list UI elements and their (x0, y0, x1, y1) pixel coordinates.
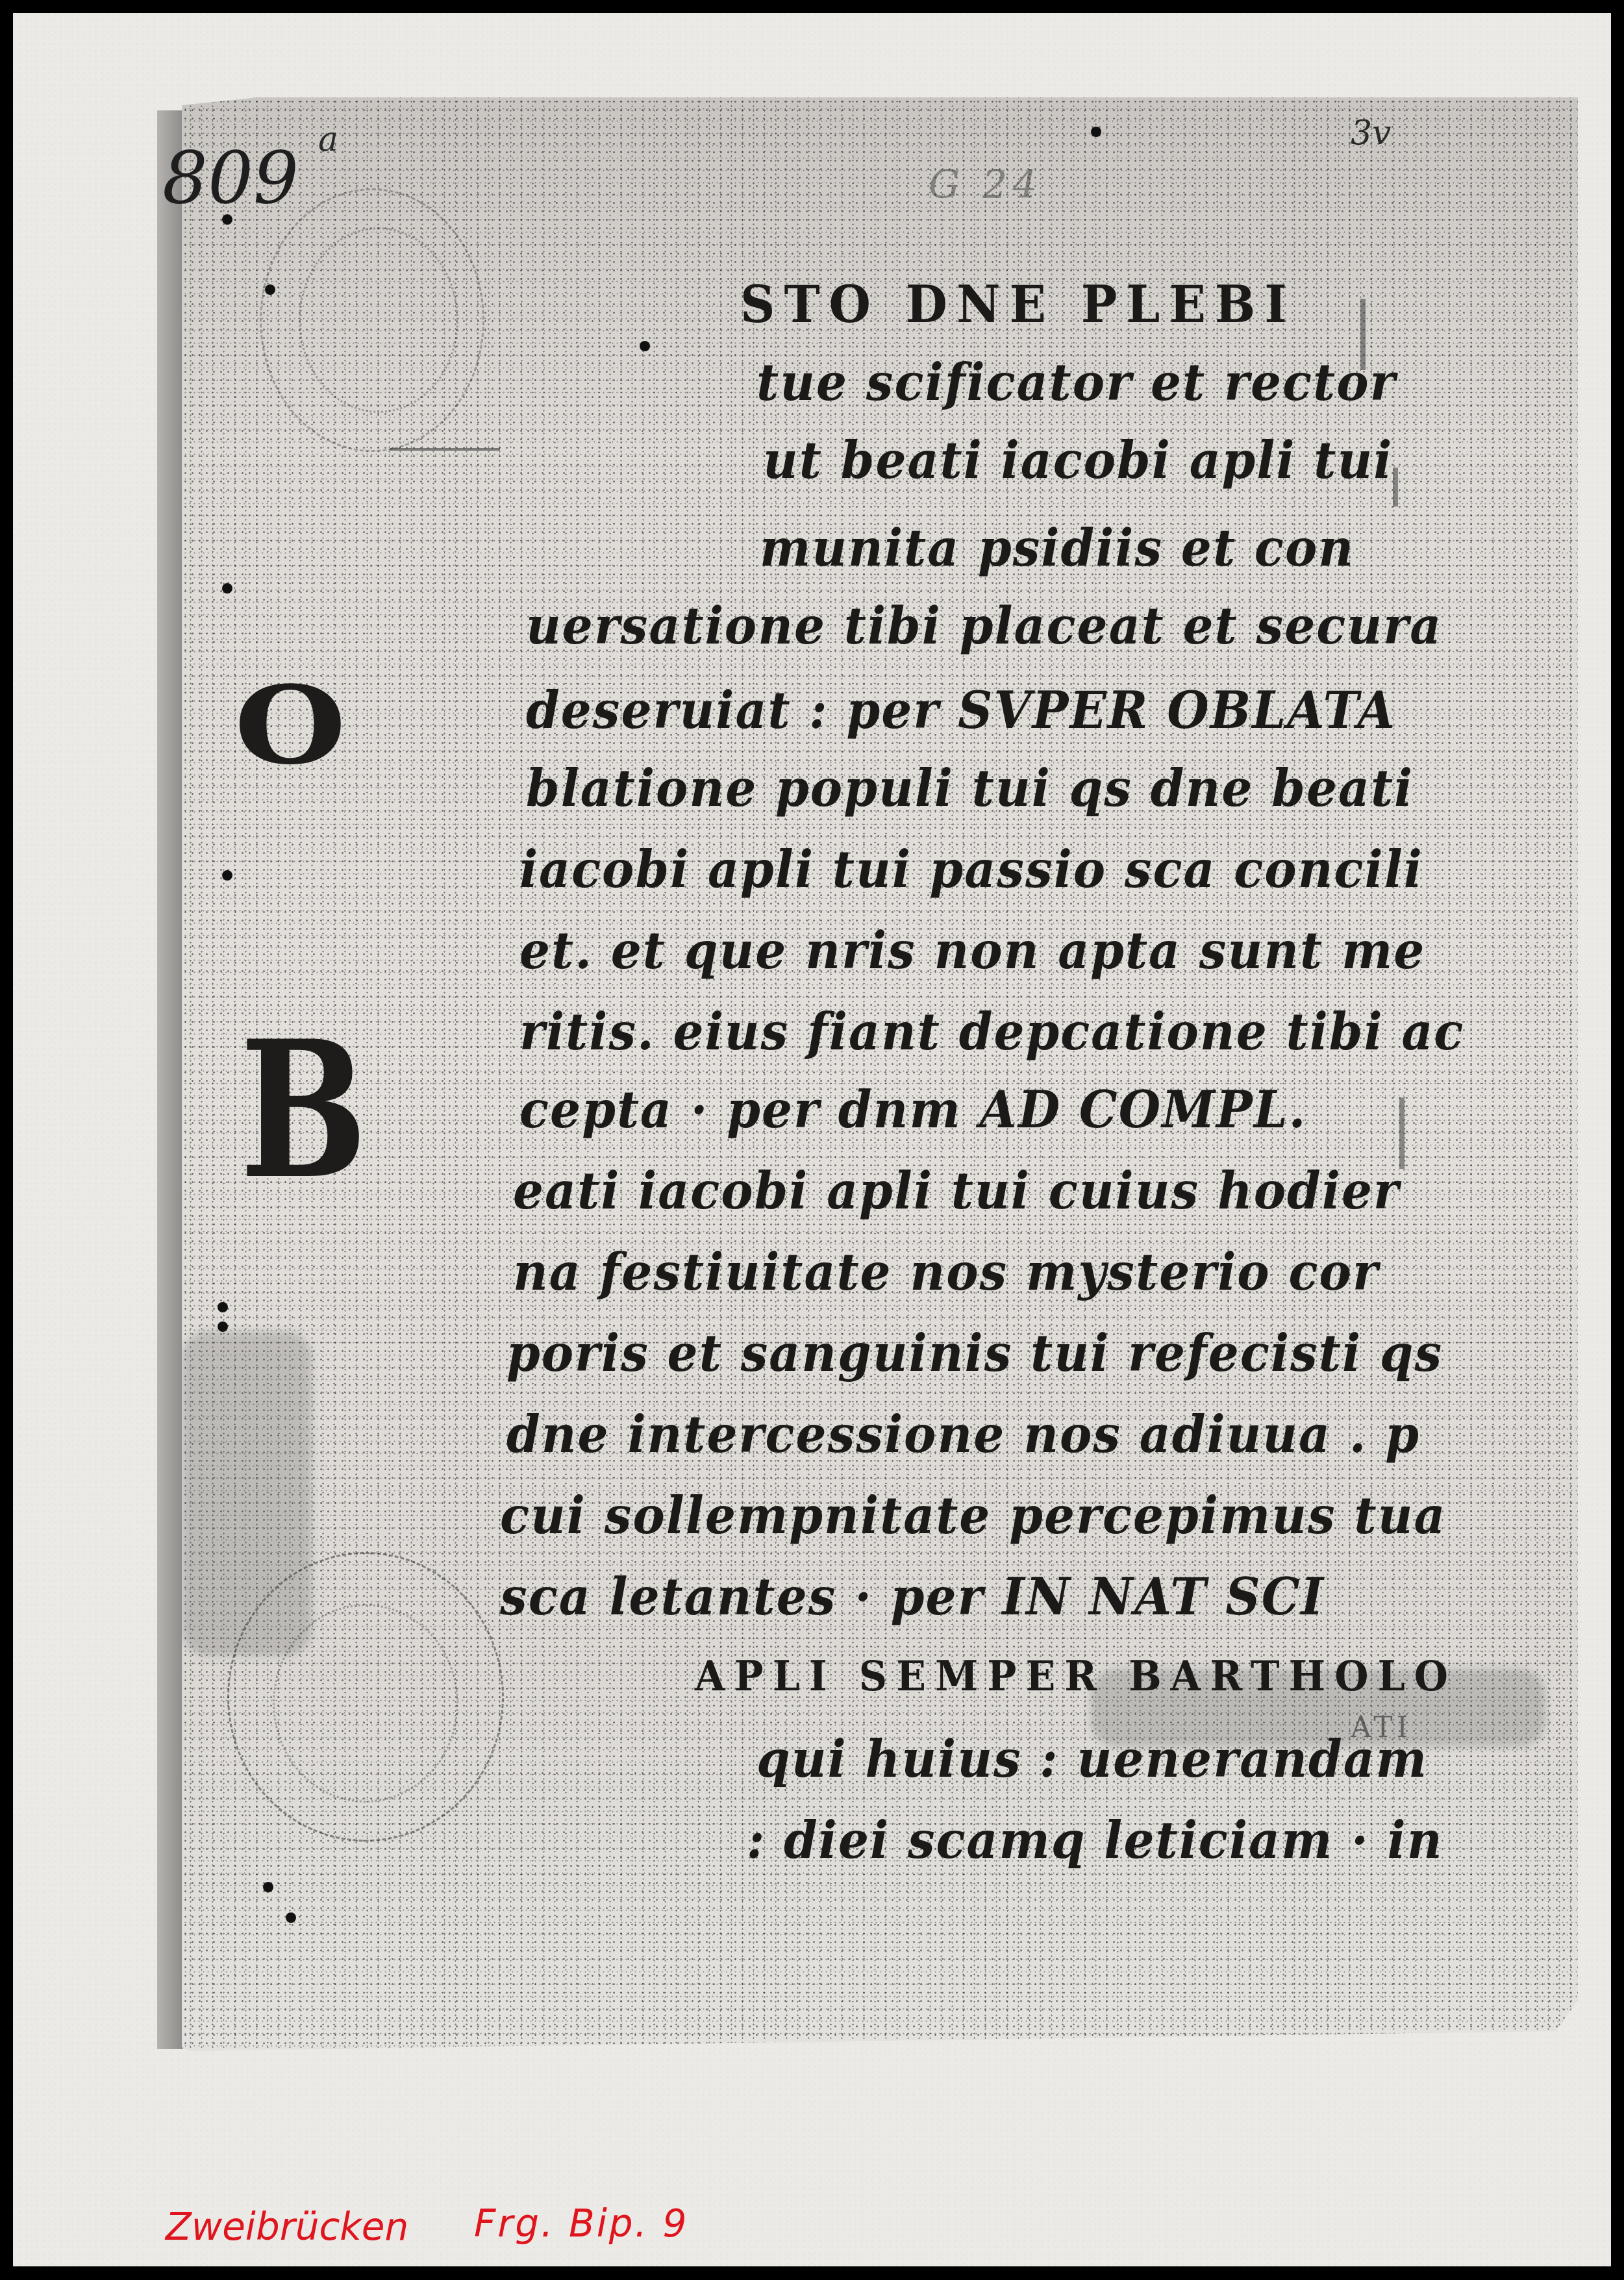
prick-hole (265, 284, 275, 295)
text-line: et. et que nris non apta sunt me (519, 922, 1425, 981)
text-line: qui huius : uenerandam (756, 1731, 1428, 1789)
text-line: uersatione tibi placeat et secura (526, 597, 1442, 656)
text-line: : diei scamq leticiam · in (747, 1812, 1443, 1870)
text-line: APLI SEMPER BARTHOLO (695, 1653, 1457, 1701)
text-line: ut beati iacobi apli tui (763, 432, 1393, 490)
text-line: blatione populi tui qs dne beati (526, 760, 1414, 818)
prick-hole (222, 583, 232, 594)
text-line: tue scificator et rector (756, 354, 1397, 412)
sketched-initial-top-inner (299, 227, 458, 413)
text-line: na festiuitate nos mysterio cor (513, 1244, 1379, 1302)
text-line: cui sollempnitate percepimus tua (500, 1487, 1446, 1546)
text-line: deseruiat : per SVPER OBLATA (526, 682, 1396, 740)
text-line: cepta · per dnm AD COMPL. (519, 1081, 1307, 1140)
margin-stroke (1399, 1097, 1405, 1169)
text-line: STO DNE PLEBI (740, 276, 1296, 334)
prick-hole (218, 1322, 228, 1332)
folio-number: 809 (162, 136, 299, 219)
prick-hole (286, 1912, 296, 1923)
text-line: dne intercessione nos adiuua . p (506, 1406, 1420, 1464)
text-line: iacobi apli tui passio sca concili (519, 841, 1423, 899)
folio-number-suffix: a (318, 120, 338, 159)
text-line: munita psidiis et con (760, 520, 1355, 578)
text-line: ritis. eius fiant depcatione tibi ac (519, 1003, 1464, 1062)
text-line: eati iacobi apli tui cuius hodier (513, 1162, 1400, 1221)
prick-hole (263, 1882, 273, 1892)
initial-letter-b: B (240, 1000, 368, 1221)
manuscript-text-block: 809 a G 24 3v ATI O B STO DNE PLEBI tue … (0, 0, 1624, 2280)
catalog-label-city: Zweibrücken (166, 2205, 408, 2249)
catalog-label-shelfmark: Frg. Bip. 9 (474, 2201, 688, 2246)
prick-hole (222, 870, 232, 881)
sketched-initial-base-line (390, 448, 500, 451)
sketched-initial-bottom-inner (273, 1604, 458, 1803)
folio-verso-mark: 3v (1351, 114, 1391, 153)
prick-hole (218, 1302, 228, 1312)
initial-letter-o: O (234, 662, 346, 788)
margin-stroke (1393, 468, 1398, 507)
black-frame-bottom (0, 2266, 1624, 2280)
faint-pencil-note: G 24 (929, 162, 1042, 208)
prick-hole (640, 341, 650, 351)
text-line: poris et sanguinis tui refecisti qs (506, 1325, 1443, 1383)
text-line: sca letantes · per IN NAT SCI (500, 1568, 1325, 1627)
prick-hole (1091, 127, 1101, 137)
